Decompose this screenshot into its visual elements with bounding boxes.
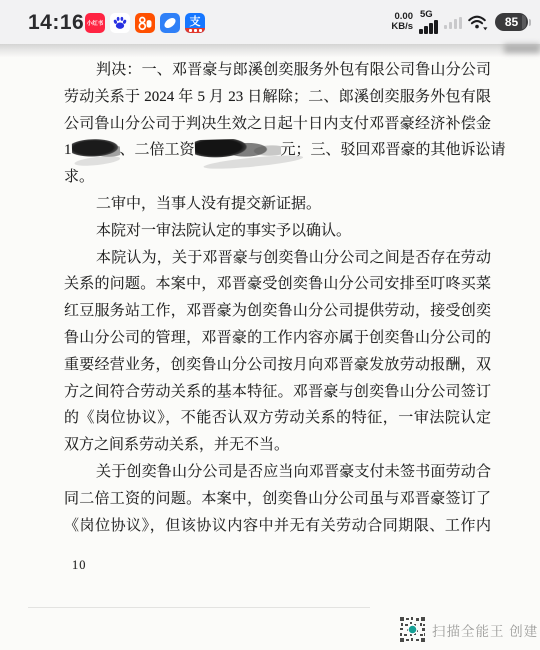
doc-line: 1、二倍工资元；三、驳回邓晋豪的其他诉讼请 <box>64 137 491 164</box>
doc-line: 判决：一、邓晋豪与郎溪创奕服务外包有限公司鲁山分公司 <box>64 57 491 84</box>
doc-line: 同二倍工资的问题。本案中，创奕鲁山分公司虽与邓晋豪签订了 <box>64 486 491 513</box>
doc-text-fragment: 、二倍工资 <box>120 142 195 158</box>
redaction-scribble <box>71 139 120 160</box>
doc-line: 重要经营业务，创奕鲁山分公司按月向邓晋豪发放劳动报酬，双 <box>64 352 491 379</box>
doc-line: 劳动关系于 2024 年 5 月 23 日解除；二、郎溪创奕服务外包有限 <box>64 84 491 111</box>
kuaishou-app-icon <box>135 13 155 33</box>
signal-bars-secondary-icon <box>444 16 463 29</box>
doc-line: 双方之间系劳动关系，并无不当。 <box>64 432 491 459</box>
quark-app-icon <box>160 13 180 33</box>
doc-line: 红豆服务站工作，邓晋豪为创奕鲁山分公司提供劳动，接受创奕 <box>64 298 491 325</box>
doc-line: 方之间符合劳动关系的基本特征。邓晋豪与创奕鲁山分公司签订 <box>64 379 491 406</box>
xiaohongshu-app-icon: 小红书 <box>85 13 105 33</box>
network-type-label: 5G <box>420 10 433 19</box>
baidu-app-icon <box>110 13 130 33</box>
doc-text-fragment: 1 <box>64 142 72 158</box>
network-speed: 0.00 KB/s <box>391 12 413 33</box>
page-number: 10 <box>72 559 491 571</box>
notification-icons: 小红书 支 <box>85 13 205 33</box>
alipay-app-icon: 支 <box>185 13 205 33</box>
network-cluster: 0.00 KB/s 5G 85 <box>391 0 528 44</box>
doc-line: 本院对一审法院认定的事实予以确认。 <box>64 218 491 245</box>
doc-text-fragment: 元；三、驳回邓晋豪的其他诉讼请 <box>281 142 506 158</box>
doc-line: 关于创奕鲁山分公司是否应当向邓晋豪支付未签书面劳动合 <box>64 459 491 486</box>
watermark-text: 扫描全能王 创建 <box>432 620 538 640</box>
doc-line: 本院认为，关于邓晋豪与创奕鲁山分公司之间是否存在劳动 <box>64 245 491 272</box>
doc-line: 公司鲁山分公司于判决生效之日起十日内支付邓晋豪经济补偿金 <box>64 111 491 138</box>
doc-line: 的《岗位协议》，不能否认双方劳动关系的特征，一审法院认定 <box>64 405 491 432</box>
network-speed-unit: KB/s <box>391 22 413 33</box>
battery-level: 85 <box>505 15 518 29</box>
doc-line: 鲁山分公司的管理，邓晋豪的工作内容亦属于创奕鲁山分公司的 <box>64 325 491 352</box>
qr-code-icon <box>399 616 426 643</box>
doc-line: 二审中，当事人没有提交新证据。 <box>64 191 491 218</box>
document-page[interactable]: 判决：一、邓晋豪与郎溪创奕服务外包有限公司鲁山分公司劳动关系于 2024 年 5… <box>64 57 491 571</box>
wifi-icon <box>468 14 489 31</box>
battery-indicator: 85 <box>495 13 528 31</box>
doc-line: 求。 <box>64 164 491 191</box>
document-text: 判决：一、邓晋豪与郎溪创奕服务外包有限公司鲁山分公司劳动关系于 2024 年 5… <box>64 57 491 539</box>
clock: 14:16 <box>28 11 84 35</box>
cellular-signal-primary: 5G <box>419 10 438 34</box>
signal-bars-icon <box>419 20 438 34</box>
redaction-scribble <box>194 138 280 160</box>
doc-line: 《岗位协议》，但该协议内容中并无有关劳动合同期限、工作内 <box>64 513 491 540</box>
camscanner-watermark: 扫描全能王 创建 <box>399 616 538 643</box>
sheet-bottom-edge <box>28 607 370 608</box>
scan-top-shadow <box>0 44 540 57</box>
scan-corner-shadow <box>504 44 540 53</box>
status-bar: 14:16 小红书 支 0.00 KB/s 5G <box>0 0 540 44</box>
doc-line: 关系的问题。本案中，邓晋豪受创奕鲁山分公司安排至叮咚买菜 <box>64 271 491 298</box>
